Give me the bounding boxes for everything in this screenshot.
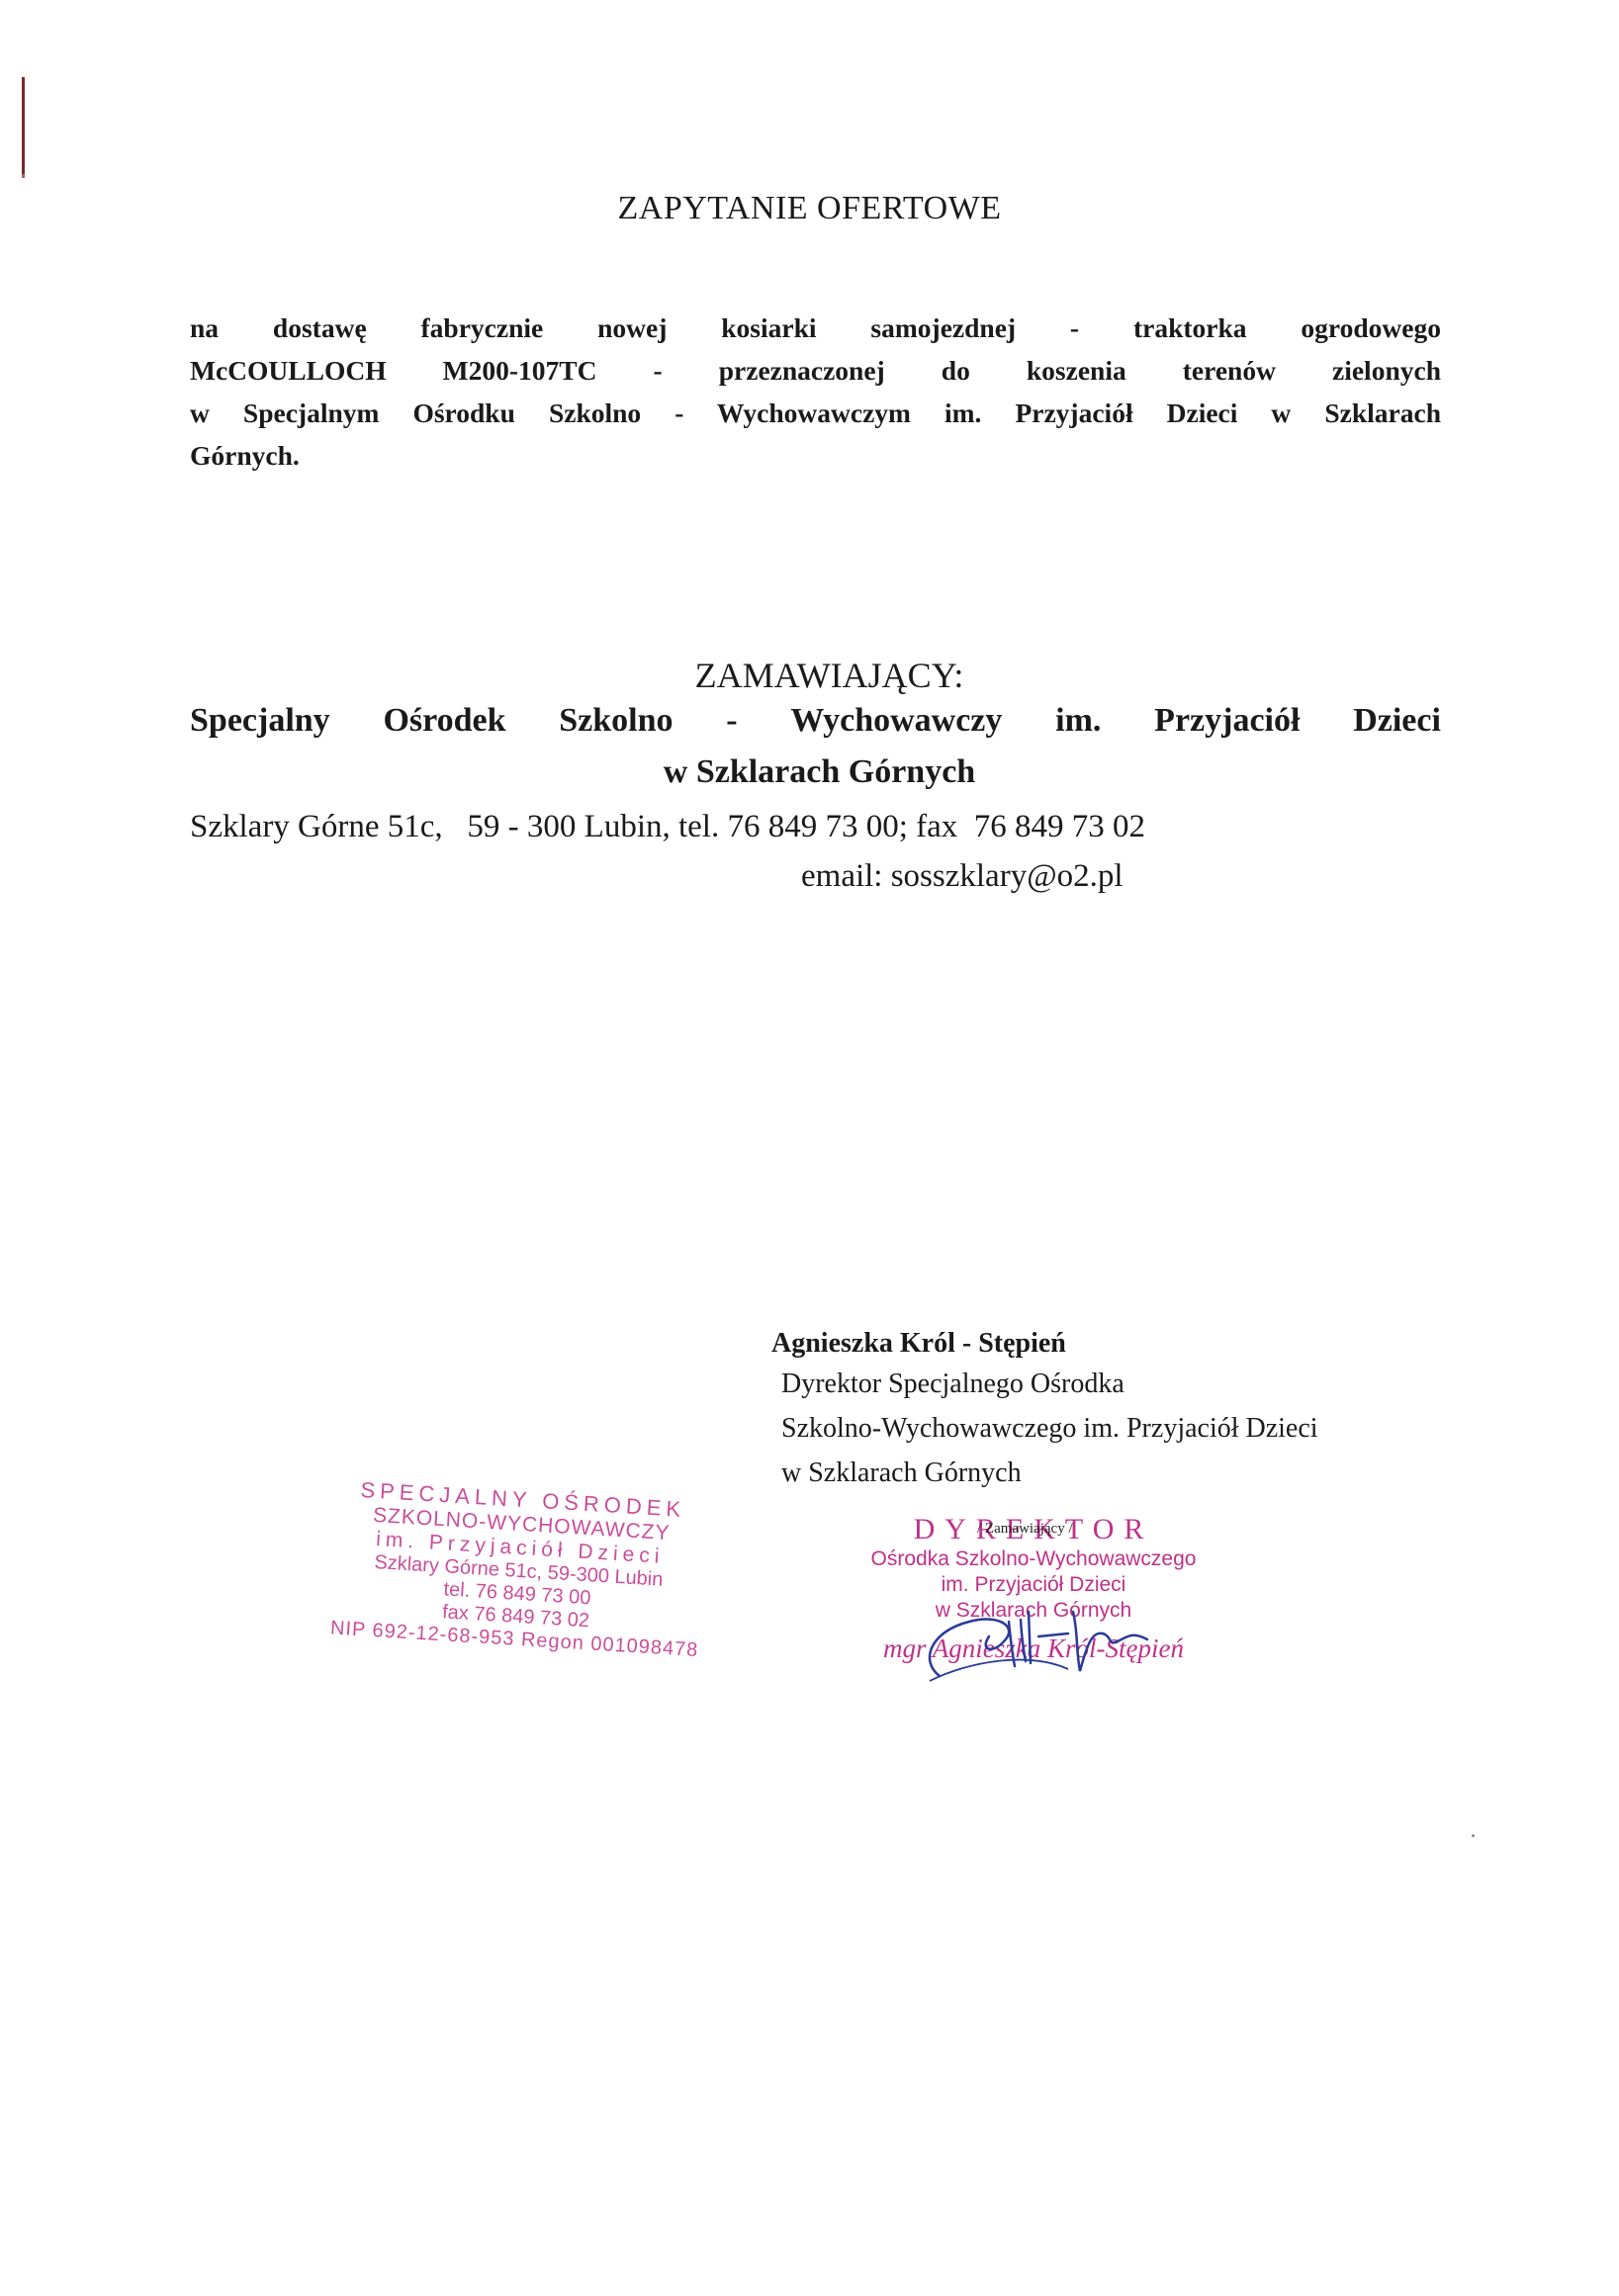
buyer-name-line2: w Szklarach Górnych (0, 753, 1619, 791)
handwritten-signature (910, 1582, 1226, 1691)
buyer-address: Szklary Górne 51c, 59 - 300 Lubin, tel. … (190, 809, 1145, 845)
buyer-name-word: Dzieci (1353, 702, 1441, 740)
stamp-line: Ośrodka Szkolno-Wychowawczego (831, 1546, 1236, 1572)
buyer-name-word: im. (1055, 702, 1101, 740)
subject-paragraph: na dostawę fabrycznie nowej kosiarki sam… (190, 307, 1441, 477)
margin-mark (22, 77, 25, 176)
buyer-label: ZAMAWIAJĄCY: (0, 655, 1619, 696)
stamp-role-note: / Zamawiający / (977, 1521, 1073, 1538)
subject-line: w Specjalnym Ośrodku Szkolno - Wychowawc… (190, 392, 1441, 434)
buyer-name-line1: Specjalny Ośrodek Szkolno - Wychowawczy … (190, 702, 1441, 740)
buyer-name-word: Przyjaciół (1154, 702, 1300, 740)
buyer-email: email: sosszklary@o2.pl (801, 858, 1124, 895)
subject-line: na dostawę fabrycznie nowej kosiarki sam… (190, 307, 1441, 349)
buyer-name-word: Ośrodek (383, 702, 505, 740)
buyer-name-word: - (726, 702, 737, 740)
scan-speck (1472, 1834, 1475, 1837)
margin-dot (22, 174, 25, 178)
signer-title-line: Dyrektor Specjalnego Ośrodka (781, 1369, 1124, 1400)
buyer-name-word: Szkolno (559, 702, 673, 740)
document-title: ZAPYTANIE OFERTOWE (0, 190, 1619, 227)
institution-stamp: SPECJALNY OŚRODEK SZKOLNO-WYCHOWAWCZY im… (287, 1473, 751, 1665)
signer-title-line: Szkolno-Wychowawczego im. Przyjaciół Dzi… (781, 1413, 1318, 1445)
subject-line: McCOULLOCH M200-107TC - przeznaczonej do… (190, 349, 1441, 392)
signer-name: Agnieszka Król - Stępień (771, 1328, 1066, 1360)
signer-title-line: w Szklarach Górnych (781, 1457, 1022, 1489)
subject-line: Górnych. (190, 434, 1441, 477)
buyer-name-word: Specjalny (190, 702, 330, 740)
buyer-name-word: Wychowawczy (790, 702, 1002, 740)
